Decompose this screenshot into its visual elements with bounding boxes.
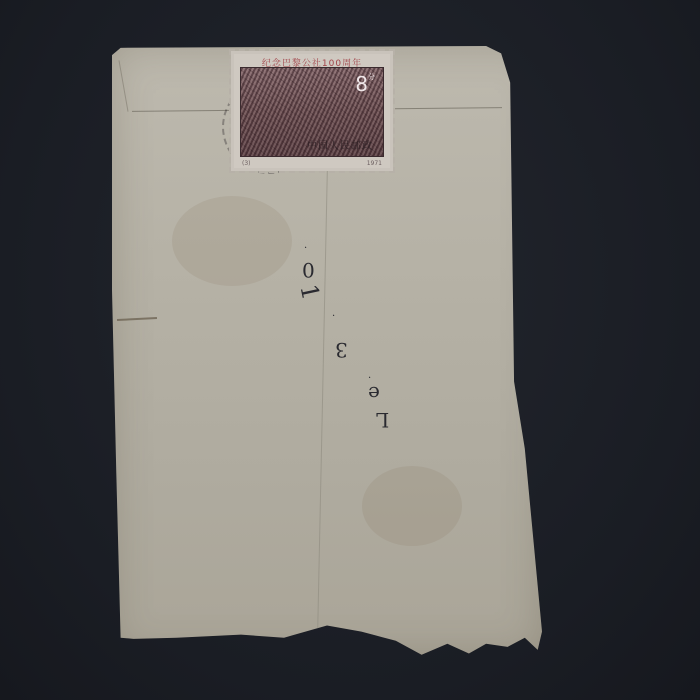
tear-mark (117, 317, 157, 321)
stamp-country: 中国人民邮政 (241, 137, 383, 152)
stamp-year: 1971 (367, 160, 382, 167)
stamp-serial: (3) (242, 160, 251, 167)
stain (172, 196, 292, 286)
stamp-illustration: 8分 中国人民邮政 (240, 67, 384, 157)
postage-stamp: 纪念巴黎公社100周年 8分 中国人民邮政 (3) 1971 (234, 54, 390, 168)
flap-edge-left (118, 60, 128, 111)
handwritten-date: . 0 1 . 3 . e L (280, 240, 420, 440)
stain (362, 466, 462, 546)
stamp-value: 8分 (355, 72, 375, 96)
